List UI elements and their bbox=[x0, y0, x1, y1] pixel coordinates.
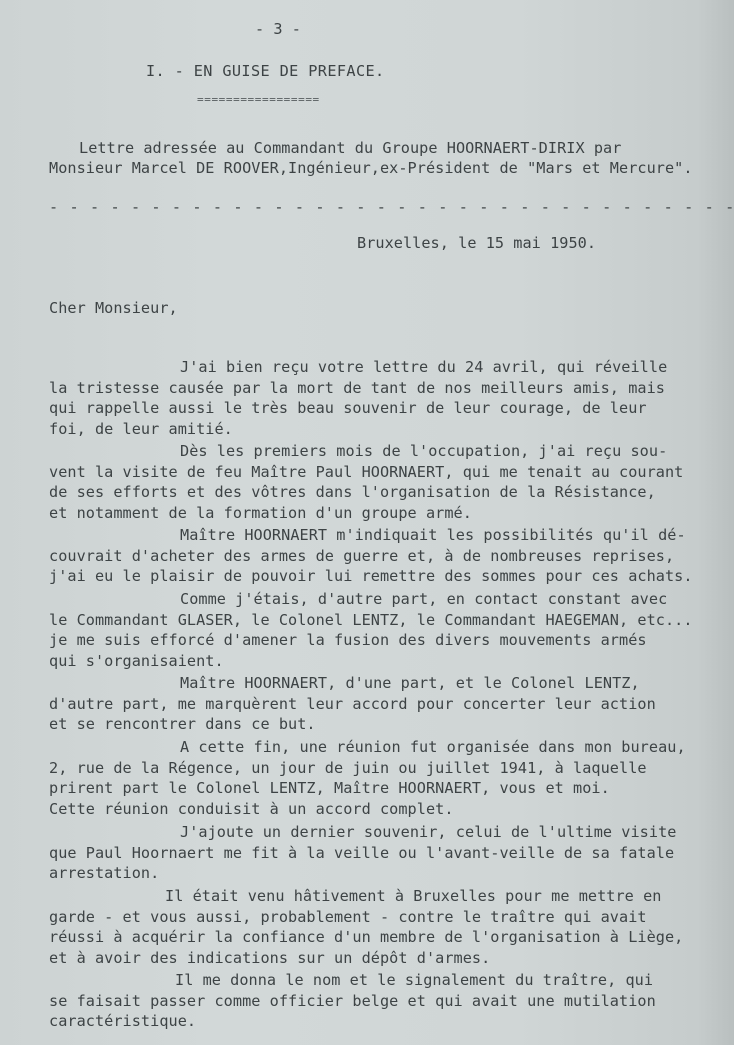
paragraph-line: Maître HOORNAERT m'indiquait les possibi… bbox=[49, 525, 693, 546]
paragraph: Il me donna le nom et le signalement du … bbox=[49, 970, 656, 1032]
paragraph-line: caractéristique. bbox=[49, 1011, 656, 1032]
paragraph-line: réussi à acquérir la confiance d'un memb… bbox=[49, 927, 683, 948]
paragraph-line: vent la visite de feu Maître Paul HOORNA… bbox=[49, 462, 683, 483]
paragraph-line: prirent part le Colonel LENTZ, Maître HO… bbox=[49, 778, 686, 799]
paragraph-line: Dès les premiers mois de l'occupation, j… bbox=[49, 441, 683, 462]
paragraph: Maître HOORNAERT m'indiquait les possibi… bbox=[49, 525, 693, 587]
paragraph: Comme j'étais, d'autre part, en contact … bbox=[49, 589, 693, 671]
paragraph: J'ajoute un dernier souvenir, celui de l… bbox=[49, 822, 676, 884]
heading-underline: ================= bbox=[197, 91, 320, 109]
paragraph-line: arrestation. bbox=[49, 863, 676, 884]
paragraph: Dès les premiers mois de l'occupation, j… bbox=[49, 441, 683, 523]
paragraph-line: A cette fin, une réunion fut organisée d… bbox=[49, 737, 686, 758]
paragraph-line: Comme j'étais, d'autre part, en contact … bbox=[49, 589, 693, 610]
paragraph-line: couvrait d'acheter des armes de guerre e… bbox=[49, 546, 693, 567]
page-number: - 3 - bbox=[255, 20, 301, 38]
section-heading: I. - EN GUISE DE PREFACE. bbox=[146, 62, 385, 80]
paragraph-line: et se rencontrer dans ce but. bbox=[49, 714, 656, 735]
typewritten-page: - 3 - I. - EN GUISE DE PREFACE. ========… bbox=[0, 0, 734, 1045]
paragraph-line: Il était venu hâtivement à Bruxelles pou… bbox=[49, 886, 683, 907]
paragraph: A cette fin, une réunion fut organisée d… bbox=[49, 737, 686, 819]
paragraph: Maître HOORNAERT, d'une part, et le Colo… bbox=[49, 673, 656, 735]
paragraph-line: d'autre part, me marquèrent leur accord … bbox=[49, 694, 656, 715]
paragraph: Il était venu hâtivement à Bruxelles pou… bbox=[49, 886, 683, 968]
subtitle-line-1: Lettre adressée au Commandant du Groupe … bbox=[79, 139, 621, 157]
paragraph-line: Il me donna le nom et le signalement du … bbox=[49, 970, 656, 991]
paragraph-line: J'ai bien reçu votre lettre du 24 avril,… bbox=[49, 357, 667, 378]
paragraph-line: je me suis efforcé d'amener la fusion de… bbox=[49, 630, 693, 651]
paragraph-line: et notamment de la formation d'un groupe… bbox=[49, 503, 683, 524]
paragraph-line: se faisait passer comme officier belge e… bbox=[49, 991, 656, 1012]
paragraph-line: 2, rue de la Régence, un jour de juin ou… bbox=[49, 758, 686, 779]
subtitle-line-2: Monsieur Marcel DE ROOVER,Ingénieur,ex-P… bbox=[49, 159, 693, 177]
paragraph-line: la tristesse causée par la mort de tant … bbox=[49, 378, 667, 399]
paragraph-line: qui s'organisaient. bbox=[49, 651, 693, 672]
salutation: Cher Monsieur, bbox=[49, 299, 178, 317]
dateline: Bruxelles, le 15 mai 1950. bbox=[357, 234, 596, 252]
paragraph: J'ai bien reçu votre lettre du 24 avril,… bbox=[49, 357, 667, 439]
paragraph-line: Maître HOORNAERT, d'une part, et le Colo… bbox=[49, 673, 656, 694]
paragraph-line: que Paul Hoornaert me fit à la veille ou… bbox=[49, 843, 676, 864]
paragraph-line: Cette réunion conduisit à un accord comp… bbox=[49, 799, 686, 820]
paragraph-line: foi, de leur amitié. bbox=[49, 419, 667, 440]
paragraph-line: qui rappelle aussi le très beau souvenir… bbox=[49, 398, 667, 419]
separator-rule: - - - - - - - - - - - - - - - - - - - - … bbox=[49, 198, 734, 216]
paragraph-line: J'ajoute un dernier souvenir, celui de l… bbox=[49, 822, 676, 843]
paragraph-line: j'ai eu le plaisir de pouvoir lui remett… bbox=[49, 566, 693, 587]
paragraph-line: garde - et vous aussi, probablement - co… bbox=[49, 907, 683, 928]
paragraph-line: le Commandant GLASER, le Colonel LENTZ, … bbox=[49, 610, 693, 631]
paragraph-line: de ses efforts et des vôtres dans l'orga… bbox=[49, 482, 683, 503]
paragraph-line: et à avoir des indications sur un dépôt … bbox=[49, 948, 683, 969]
